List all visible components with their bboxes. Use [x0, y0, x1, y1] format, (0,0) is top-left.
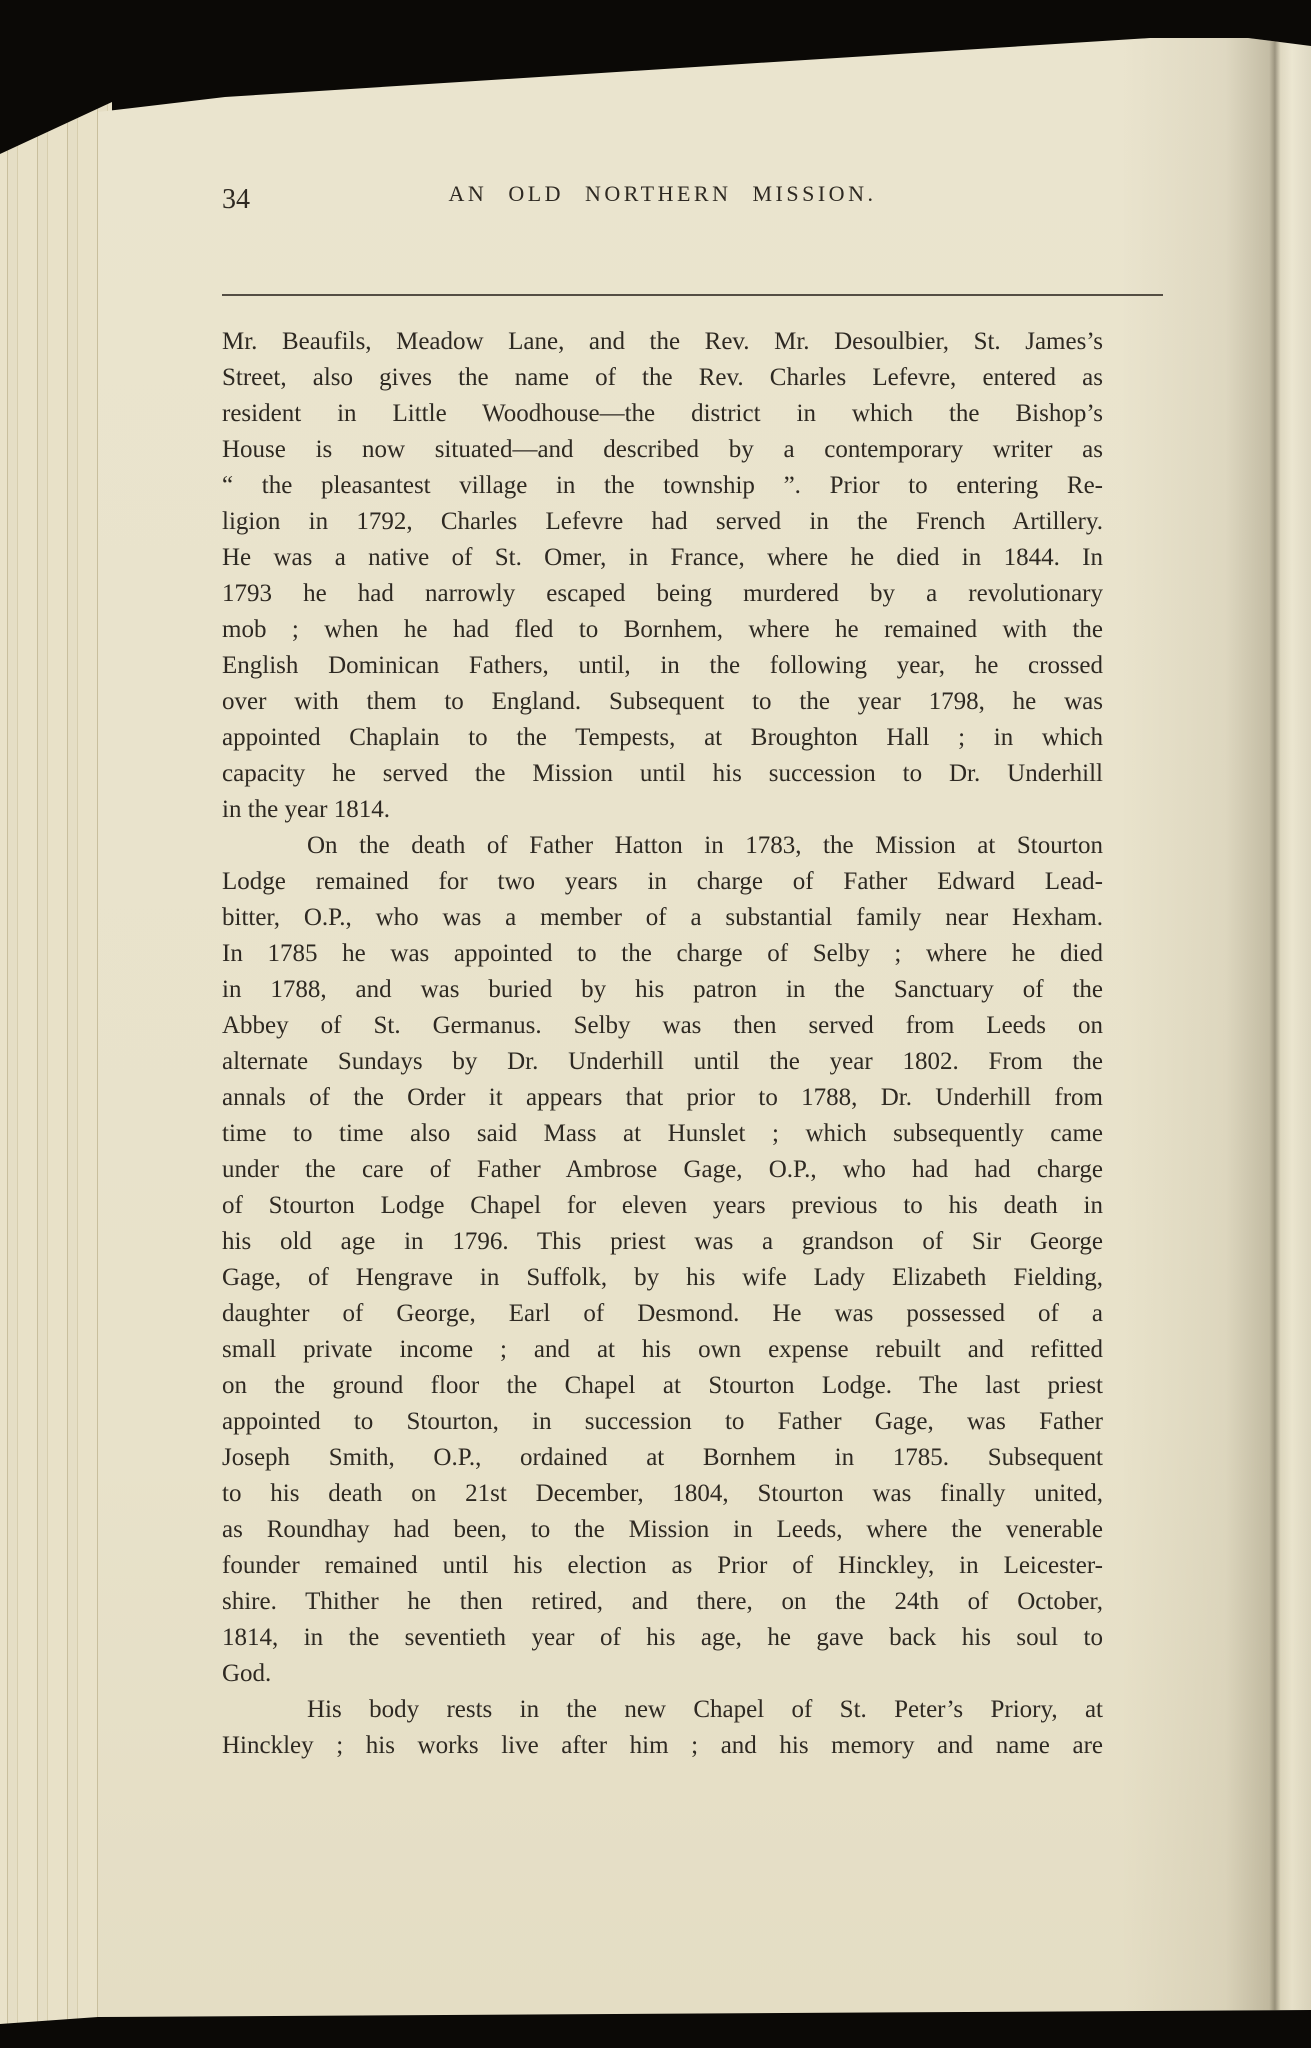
text-line: appointed Chaplain to the Tempests, at B… — [222, 720, 1103, 756]
text-line: alternate Sundays by Dr. Underhill until… — [222, 1044, 1103, 1080]
text-line: time to time also said Mass at Hunslet ;… — [222, 1116, 1103, 1152]
text-line: in the year 1814. — [222, 792, 1103, 828]
text-line: House is now situated—and described by a… — [222, 432, 1103, 468]
text-line: to his death on 21st December, 1804, Sto… — [222, 1476, 1103, 1512]
text-line: under the care of Father Ambrose Gage, O… — [222, 1152, 1103, 1188]
text-line: his old age in 1796. This priest was a g… — [222, 1224, 1103, 1260]
text-line: “ the pleasantest village in the townshi… — [222, 468, 1103, 504]
text-line: Gage, of Hengrave in Suffolk, by his wif… — [222, 1260, 1103, 1296]
text-line: English Dominican Fathers, until, in the… — [222, 648, 1103, 684]
book-scan: 34 AN OLD NORTHERN MISSION. Mr. Beaufils… — [0, 0, 1311, 2048]
text-line: annals of the Order it appears that prio… — [222, 1080, 1103, 1116]
gutter-shadow — [1121, 30, 1311, 2020]
text-line: His body rests in the new Chapel of St. … — [222, 1692, 1103, 1728]
text-line: Joseph Smith, O.P., ordained at Bornhem … — [222, 1440, 1103, 1476]
text-line: over with them to England. Subsequent to… — [222, 684, 1103, 720]
text-line: In 1785 he was appointed to the charge o… — [222, 936, 1103, 972]
text-line: resident in Little Woodhouse—the distric… — [222, 396, 1103, 432]
text-line: Mr. Beaufils, Meadow Lane, and the Rev. … — [222, 324, 1103, 360]
body-text: Mr. Beaufils, Meadow Lane, and the Rev. … — [222, 324, 1103, 1764]
text-line: mob ; when he had fled to Bornhem, where… — [222, 612, 1103, 648]
text-line: 1814, in the seventieth year of his age,… — [222, 1620, 1103, 1656]
text-line: shire. Thither he then retired, and ther… — [222, 1584, 1103, 1620]
text-line: founder remained until his election as P… — [222, 1548, 1103, 1584]
text-line: of Stourton Lodge Chapel for eleven year… — [222, 1188, 1103, 1224]
text-line: in 1788, and was buried by his patron in… — [222, 972, 1103, 1008]
running-title: AN OLD NORTHERN MISSION. — [222, 181, 1103, 207]
text-line: Hinckley ; his works live after him ; an… — [222, 1728, 1103, 1764]
text-line: bitter, O.P., who was a member of a subs… — [222, 900, 1103, 936]
text-line: On the death of Father Hatton in 1783, t… — [222, 828, 1103, 864]
text-line: capacity he served the Mission until his… — [222, 756, 1103, 792]
text-line: God. — [222, 1656, 1103, 1692]
text-line: Abbey of St. Germanus. Selby was then se… — [222, 1008, 1103, 1044]
text-line: 1793 he had narrowly escaped being murde… — [222, 576, 1103, 612]
text-line: as Roundhay had been, to the Mission in … — [222, 1512, 1103, 1548]
text-line: ligion in 1792, Charles Lefevre had serv… — [222, 504, 1103, 540]
text-line: on the ground floor the Chapel at Stourt… — [222, 1368, 1103, 1404]
text-line: Street, also gives the name of the Rev. … — [222, 360, 1103, 396]
text-line: small private income ; and at his own ex… — [222, 1332, 1103, 1368]
text-line: Lodge remained for two years in charge o… — [222, 864, 1103, 900]
page-edge-stack — [0, 96, 112, 2026]
header-rule — [222, 294, 1163, 296]
text-line: daughter of George, Earl of Desmond. He … — [222, 1296, 1103, 1332]
text-line: He was a native of St. Omer, in France, … — [222, 540, 1103, 576]
text-line: appointed to Stourton, in succession to … — [222, 1404, 1103, 1440]
